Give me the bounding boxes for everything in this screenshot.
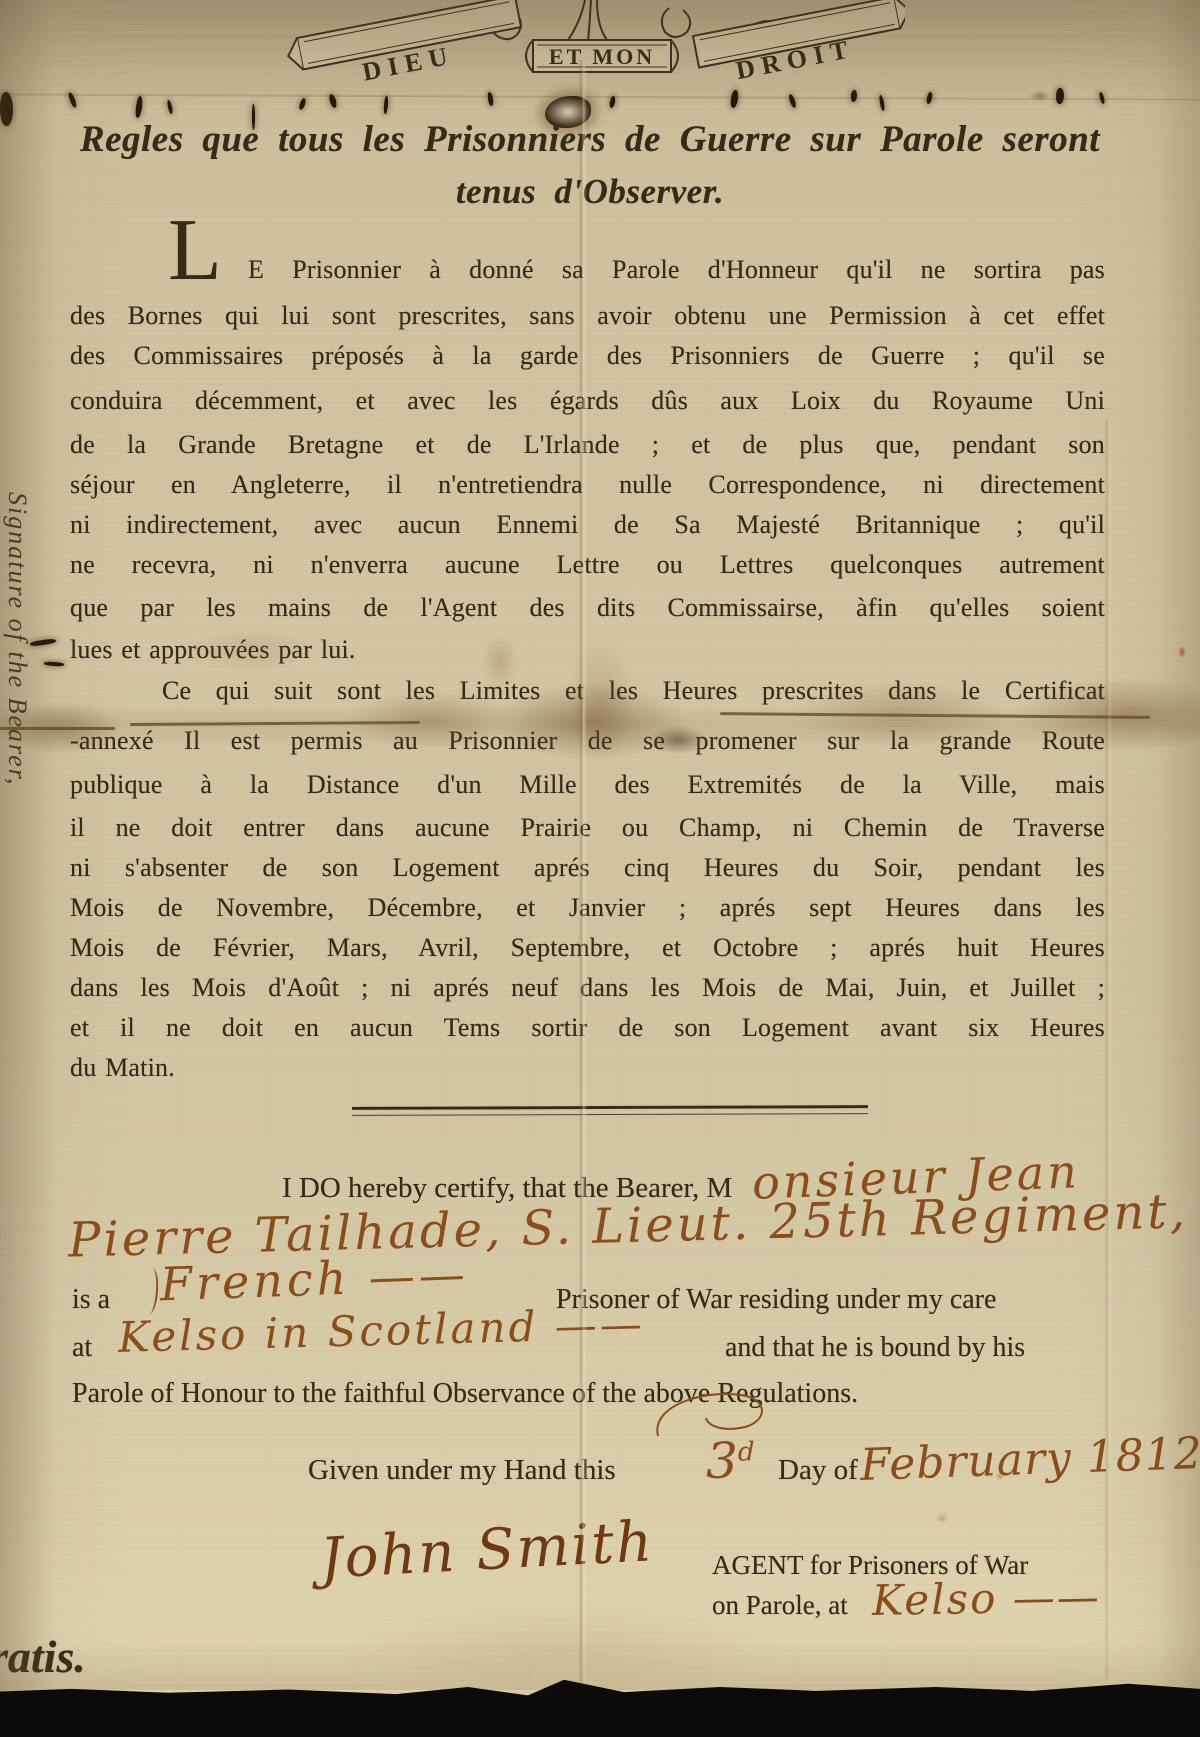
day-of-text: Day of: [778, 1454, 858, 1487]
body-line: séjour en Angleterre, il n'entretiendra …: [70, 468, 1105, 502]
body-line: ni s'absenter de son Logement aprés cinq…: [70, 851, 1105, 885]
drop-cap: L: [168, 214, 222, 289]
agent-place-handwritten: Kelso ——: [872, 1572, 1102, 1625]
at-label: at: [72, 1332, 92, 1364]
gratis-fragment: ratis.: [0, 1630, 86, 1683]
body-line: Ce qui suit sont les Limites et les Heur…: [162, 674, 1105, 708]
body-line: -annexé Il est permis au Prisonnier de s…: [70, 724, 1105, 758]
day-number: 3: [706, 1432, 738, 1490]
body-line: dans les Mois d'Août ; ni aprés neuf dan…: [70, 971, 1105, 1005]
day-number-handwritten: 3d: [706, 1432, 754, 1490]
body-line: publique à la Distance d'un Mille des Ex…: [70, 768, 1105, 802]
body-line: il ne doit entrer dans aucune Prairie ou…: [70, 811, 1105, 845]
body-line: que par les mains de l'Agent des dits Co…: [70, 591, 1105, 625]
body-line: Mois de Février, Mars, Avril, Septembre,…: [70, 931, 1105, 965]
day-suffix: d: [738, 1437, 755, 1467]
is-a-label: is a: [72, 1284, 110, 1316]
body-line: ne recevra, ni n'enverra aucune Lettre o…: [70, 548, 1105, 582]
document-page: DIEU ET MON DROIT Regles que tous les Pr…: [0, 0, 1200, 1737]
given-under-hand-text: Given under my Hand this: [308, 1454, 616, 1487]
page-subtitle: tenus d'Observer.: [70, 172, 1110, 212]
body-line: ni indirectement, avec aucun Ennemi de S…: [70, 508, 1105, 542]
nationality-handwritten: French ——: [159, 1247, 469, 1312]
margin-note-signature-of-bearer: Signature of the Bearer,: [2, 492, 32, 832]
royal-crest-icon: DIEU ET MON DROIT: [285, 0, 905, 90]
body-line: des Bornes qui lui sont prescrites, sans…: [70, 299, 1105, 333]
body-line: conduira décemment, et avec les égards d…: [70, 384, 1105, 418]
agent-parole-at-text: on Parole, at: [712, 1590, 848, 1621]
motto-et-mon: ET MON: [549, 44, 655, 69]
body-line: E Prisonnier à donné sa Parole d'Honneur…: [248, 253, 1105, 287]
body-line: de la Grande Bretagne et de L'Irlande ; …: [70, 428, 1105, 462]
body-line: lues et approuvées par lui.: [70, 633, 1105, 667]
body-line: et il ne doit en aucun Tems sortir de so…: [70, 1011, 1105, 1045]
page-title: Regles que tous les Prisonniers de Guerr…: [70, 118, 1110, 161]
bound-by-text: and that he is bound by his: [725, 1332, 1025, 1364]
ink-strike: [0, 727, 115, 730]
section-divider: [352, 1105, 868, 1116]
body-line: des Commissaires préposés à la garde des…: [70, 339, 1105, 373]
body-line: du Matin.: [70, 1051, 1105, 1085]
body-line: Mois de Novembre, Décembre, et Janvier ;…: [70, 891, 1105, 925]
